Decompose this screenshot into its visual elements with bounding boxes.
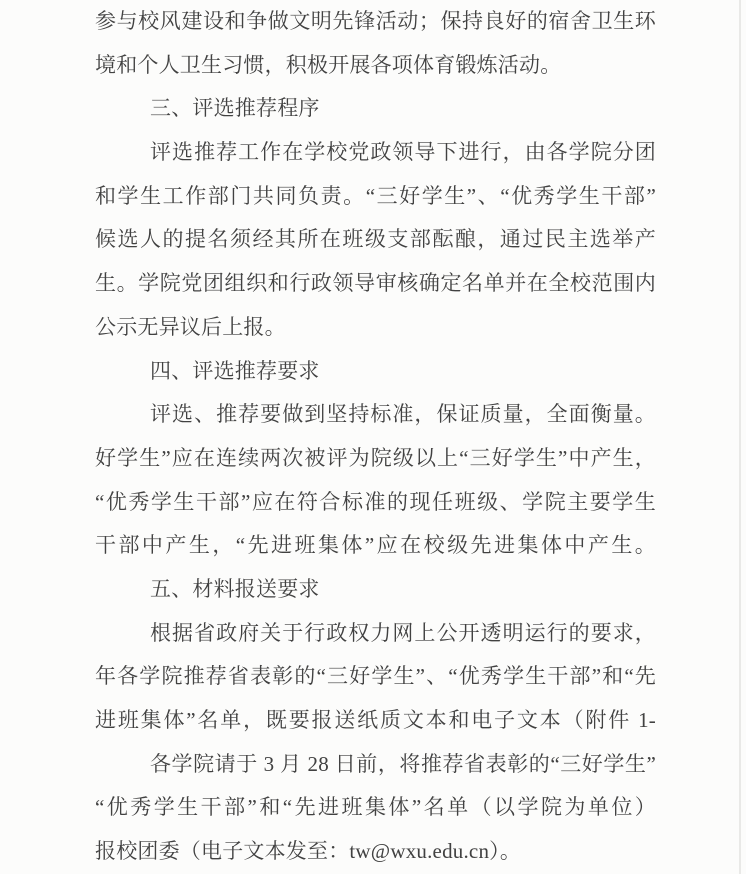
text-line: 评选、推荐要做到坚持标准，保证质量，全面衡量。“三: [95, 393, 656, 437]
text-line: 参与校风建设和争做文明先锋活动；保持良好的宿舍卫生环: [95, 0, 656, 44]
text-line: 和学生工作部门共同负责。“三好学生”、“优秀学生干部”: [95, 175, 656, 219]
scan-edge-artifact: [739, 0, 741, 874]
text-line: 根据省政府关于行政权力网上公开透明运行的要求，今: [95, 612, 656, 656]
text-line: 进班集体”名单，既要报送纸质文本和电子文本（附件 1-2）。: [95, 699, 656, 743]
text-line: 各学院请于 3 月 28 日前，将推荐省表彰的“三好学生”: [95, 743, 656, 787]
text-line: 境和个人卫生习惯，积极开展各项体育锻炼活动。: [95, 44, 656, 88]
section-heading: 五、材料报送要求: [95, 568, 656, 612]
text-line: 报校团委（电子文本发至：tw@wxu.edu.cn）。: [95, 830, 656, 874]
text-line: 好学生”应在连续两次被评为院级以上“三好学生”中产生，: [95, 437, 656, 481]
text-line: 评选推荐工作在学校党政领导下进行，由各学院分团委: [95, 131, 656, 175]
text-line: “优秀学生干部”和“先进班集体”名单（以学院为单位）: [95, 786, 656, 830]
text-line: 干部中产生，“先进班集体”应在校级先进集体中产生。: [95, 524, 656, 568]
document-text-column: 参与校风建设和争做文明先锋活动；保持良好的宿舍卫生环境和个人卫生习惯，积极开展各…: [95, 0, 656, 874]
text-line: 候选人的提名须经其所在班级支部酝酿，通过民主选举产: [95, 218, 656, 262]
document-page: 参与校风建设和争做文明先锋活动；保持良好的宿舍卫生环境和个人卫生习惯，积极开展各…: [0, 0, 746, 874]
text-line: 公示无异议后上报。: [95, 306, 656, 350]
section-heading: 三、评选推荐程序: [95, 87, 656, 131]
section-heading: 四、评选推荐要求: [95, 350, 656, 394]
text-line: 年各学院推荐省表彰的“三好学生”、“优秀学生干部”和“先: [95, 655, 656, 699]
text-line: 生。学院党团组织和行政领导审核确定名单并在全校范围内: [95, 262, 656, 306]
text-line: “优秀学生干部”应在符合标准的现任班级、学院主要学生: [95, 481, 656, 525]
